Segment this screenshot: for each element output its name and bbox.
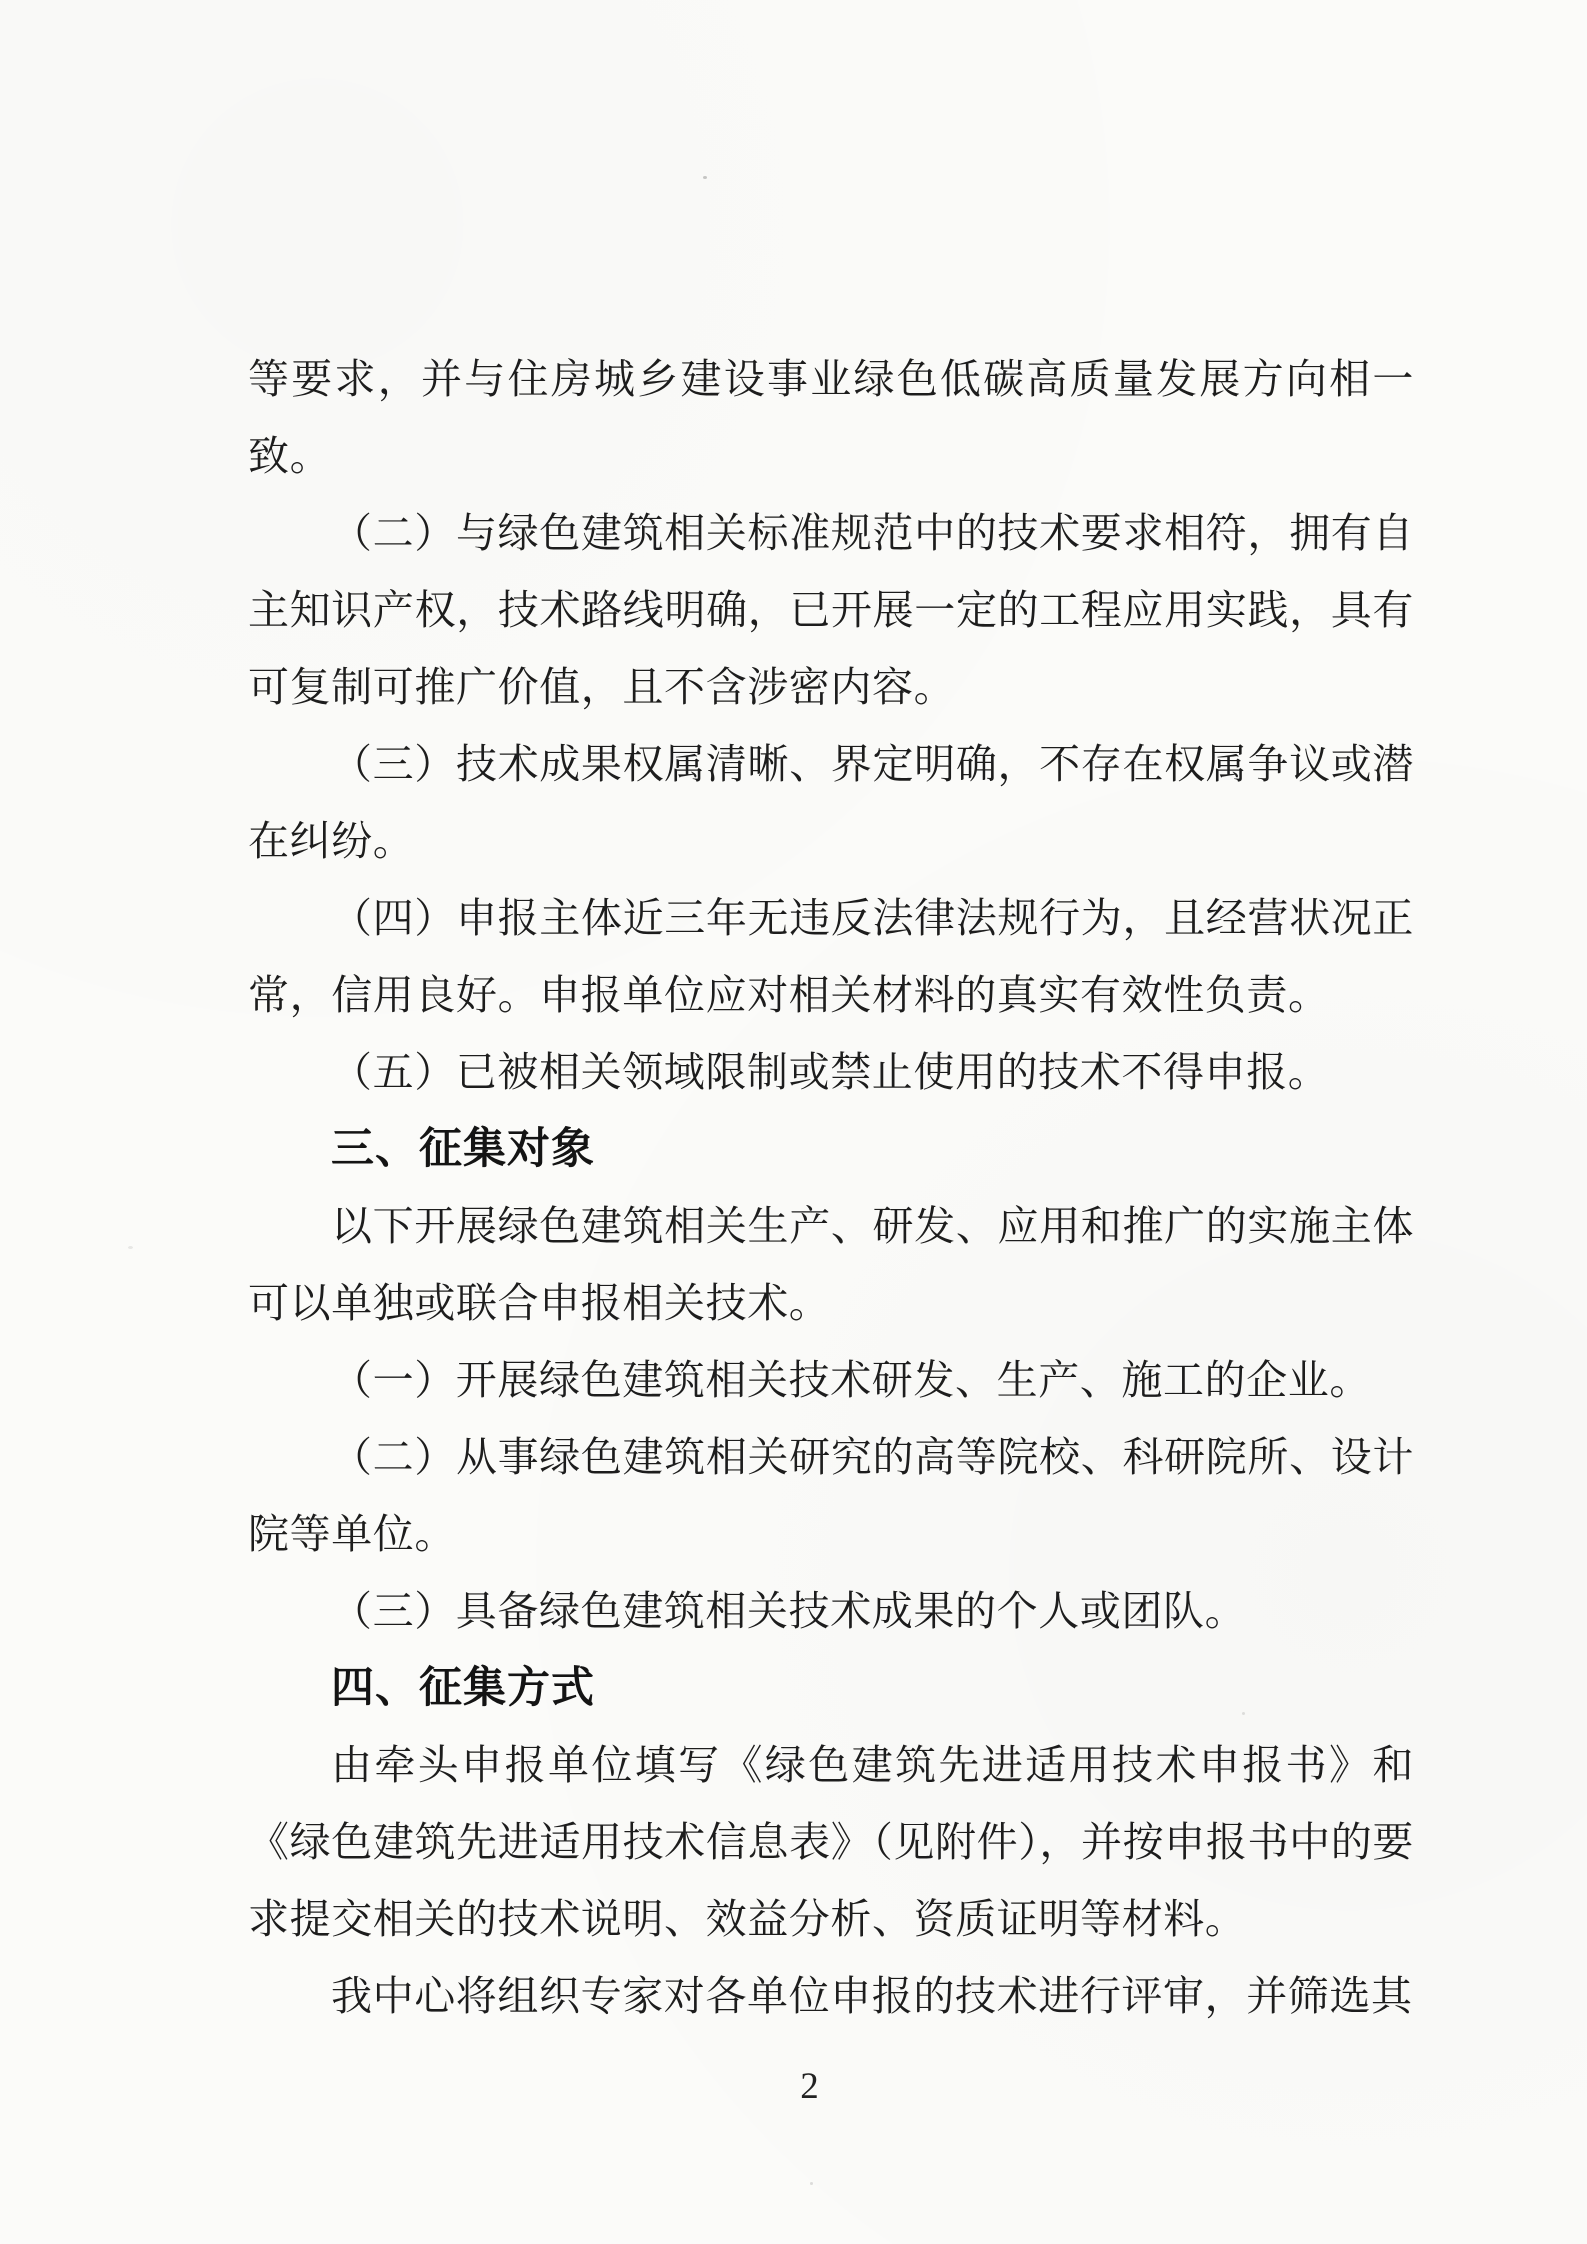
paragraph: 我中心将组织专家对各单位申报的技术进行评审，并筛选其 [248, 1958, 1414, 2035]
paragraph: （五）已被相关领域限制或禁止使用的技术不得申报。 [248, 1034, 1414, 1111]
page-footer: 2 [16, 2060, 1587, 2114]
paragraph: （四）申报主体近三年无违反法律法规行为，且经营状况正常，信用良好。申报单位应对相… [248, 880, 1414, 1034]
paragraph: 由牵头申报单位填写《绿色建筑先进适用技术申报书》和《绿色建筑先进适用技术信息表》… [248, 1727, 1414, 1958]
scan-speck [128, 1246, 133, 1249]
section-heading: 四、征集方式 [248, 1650, 1414, 1727]
paragraph: （三）具备绿色建筑相关技术成果的个人或团队。 [248, 1573, 1414, 1650]
document-body: 等要求，并与住房城乡建设事业绿色低碳高质量发展方向相一致。（二）与绿色建筑相关标… [248, 341, 1414, 2035]
document-page: 等要求，并与住房城乡建设事业绿色低碳高质量发展方向相一致。（二）与绿色建筑相关标… [0, 0, 1587, 2244]
page-number: 2 [800, 2066, 819, 2107]
paragraph: （一）开展绿色建筑相关技术研发、生产、施工的企业。 [248, 1342, 1414, 1419]
scan-speck [703, 176, 707, 179]
paragraph: 等要求，并与住房城乡建设事业绿色低碳高质量发展方向相一致。 [248, 341, 1414, 495]
section-heading: 三、征集对象 [248, 1111, 1414, 1188]
paragraph: 以下开展绿色建筑相关生产、研发、应用和推广的实施主体可以单独或联合申报相关技术。 [248, 1188, 1414, 1342]
paragraph: （三）技术成果权属清晰、界定明确，不存在权属争议或潜在纠纷。 [248, 726, 1414, 880]
paragraph: （二）与绿色建筑相关标准规范中的技术要求相符，拥有自主知识产权，技术路线明确，已… [248, 495, 1414, 726]
scan-speck [810, 2182, 813, 2185]
paragraph: （二）从事绿色建筑相关研究的高等院校、科研院所、设计院等单位。 [248, 1419, 1414, 1573]
